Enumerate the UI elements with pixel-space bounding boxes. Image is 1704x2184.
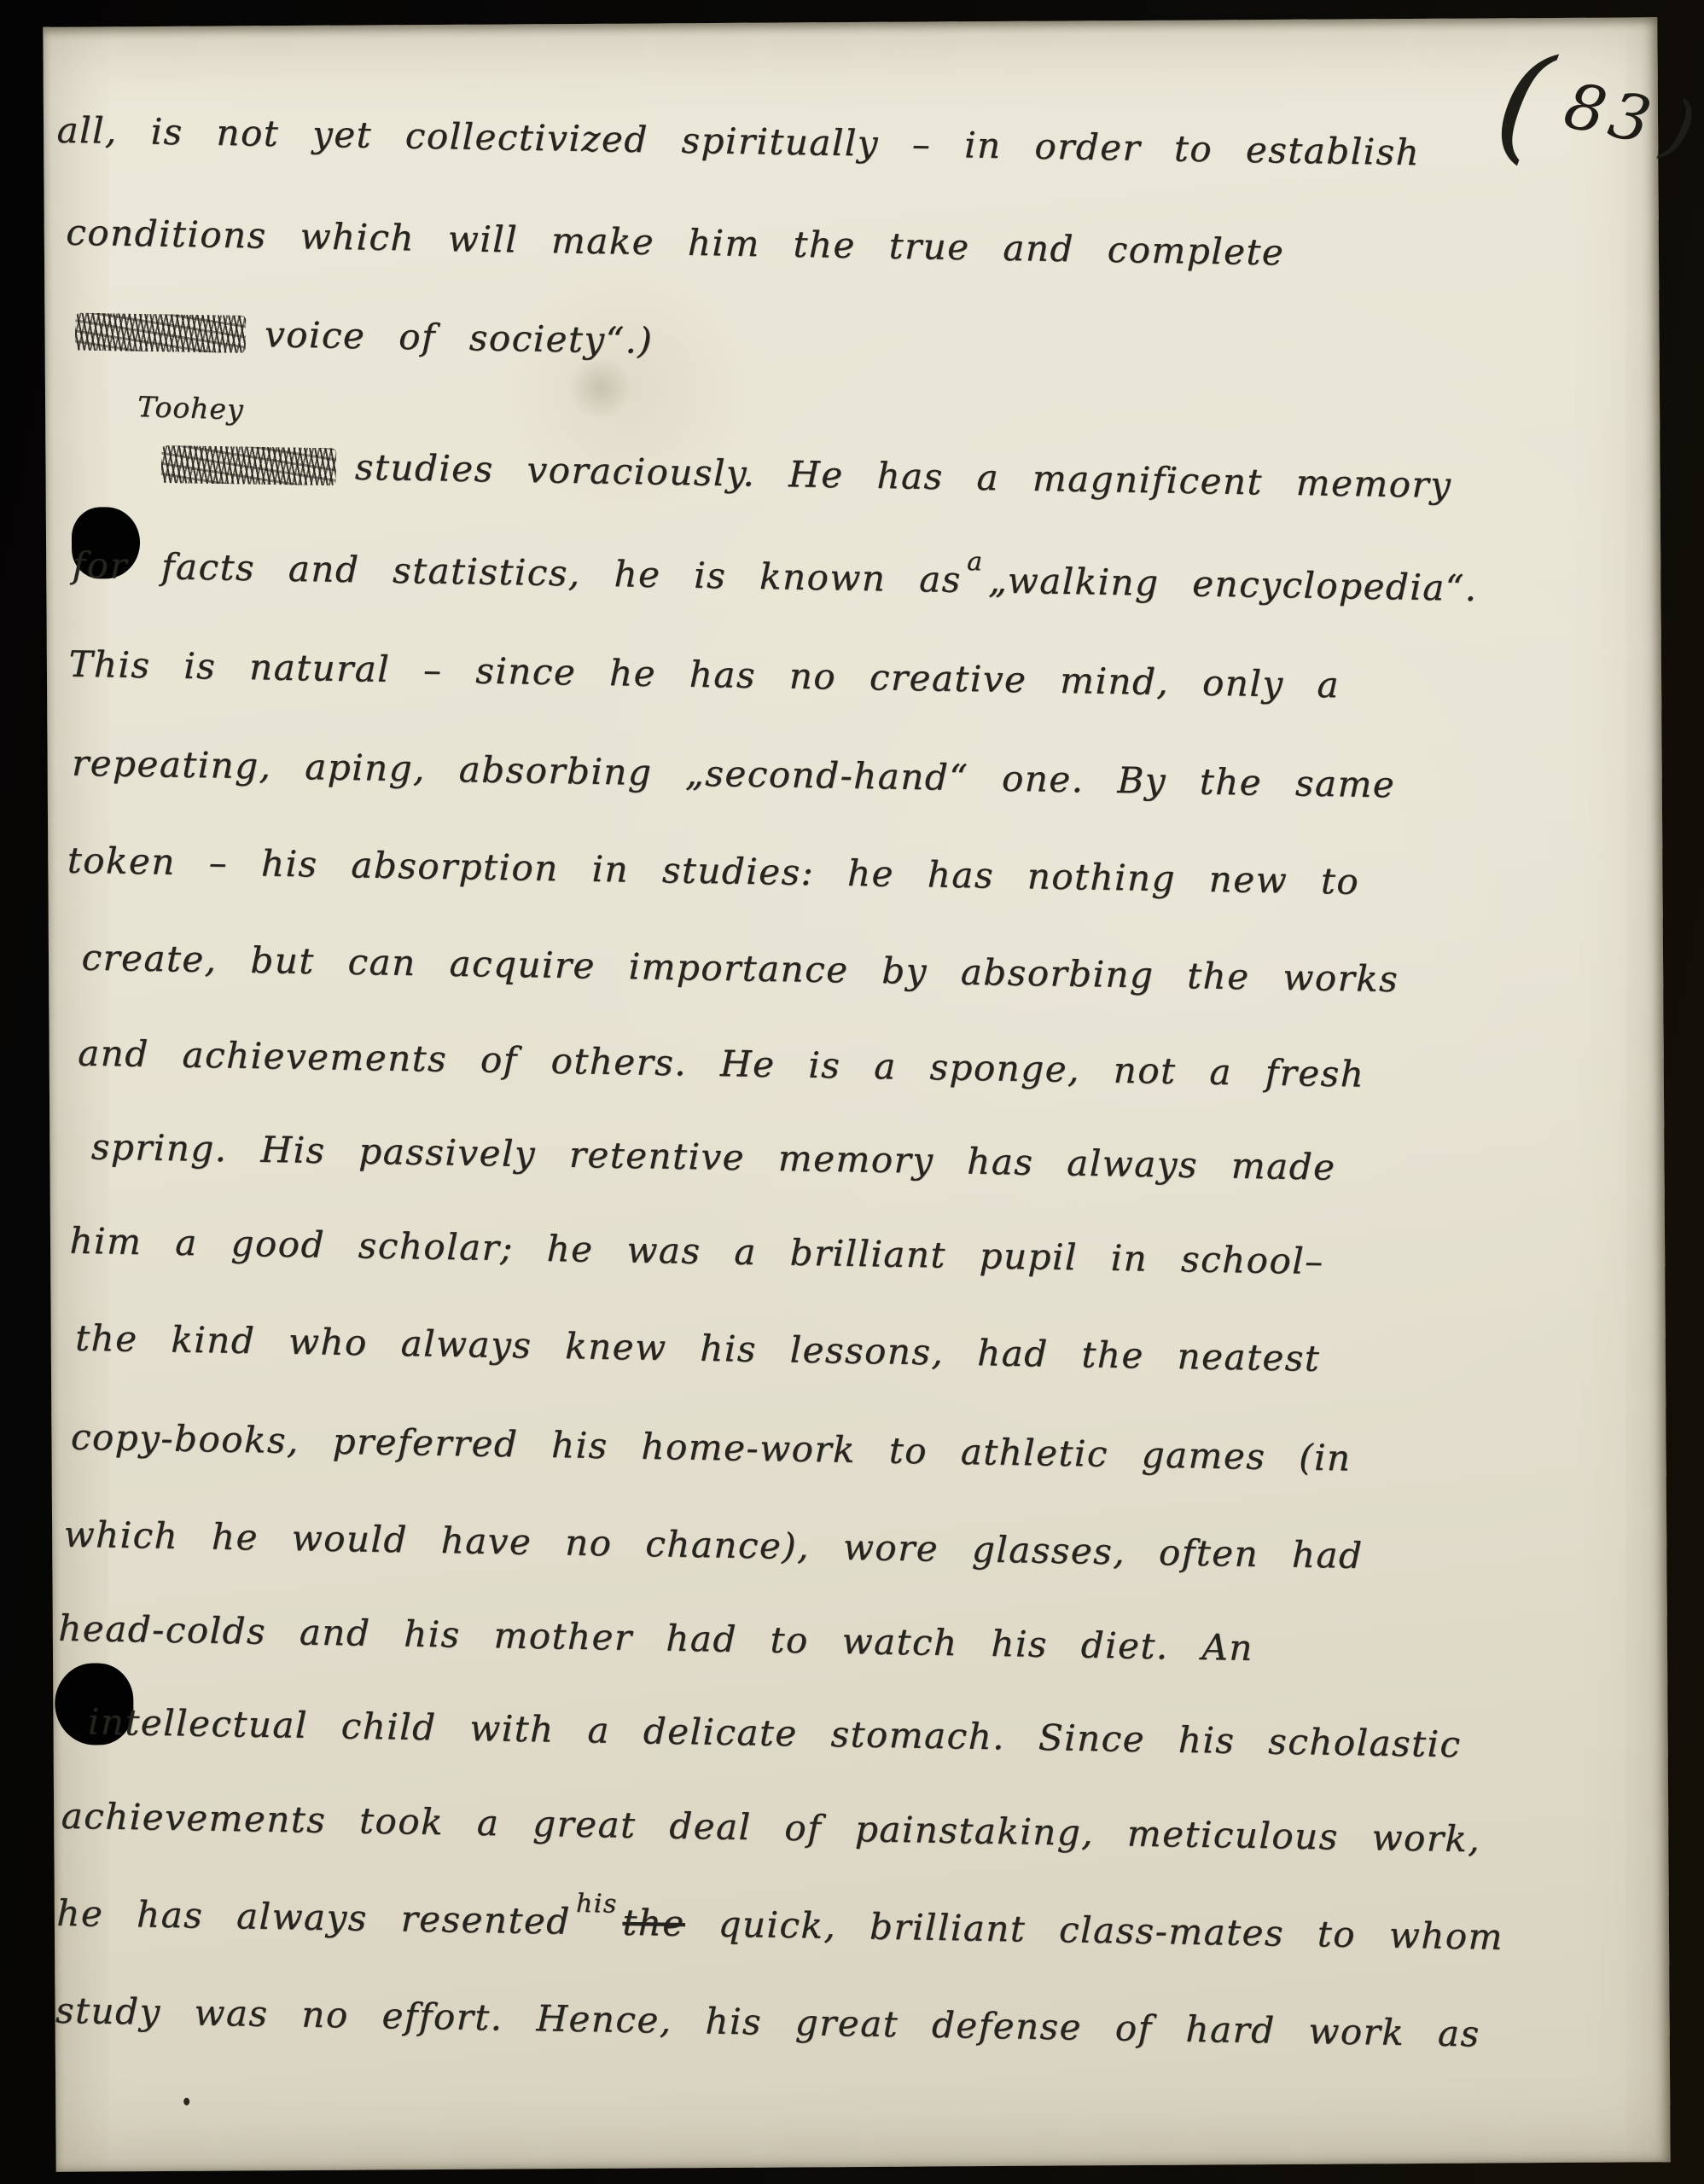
- line-text: head-colds and his mother had to watch h…: [58, 1607, 1253, 1669]
- line-text: achievements took a great deal of painst…: [61, 1795, 1480, 1861]
- line-text: quick, brilliant class-mates to whom: [718, 1903, 1503, 1958]
- scribbled-out-word: [161, 445, 337, 485]
- line-text: spring. His passively retentive memory h…: [91, 1125, 1336, 1188]
- paper-stain: [566, 358, 634, 418]
- line-text: This is natural – since he has no creati…: [68, 643, 1340, 706]
- handwritten-line: spring. His passively retentive memory h…: [91, 1125, 1336, 1188]
- line-text: voice of society“.): [265, 313, 654, 362]
- line-text: intellectual child with a delicate stoma…: [88, 1701, 1462, 1766]
- page-number-close-paren: ): [1656, 84, 1703, 171]
- line-text: and achievements of others. He is a spon…: [78, 1032, 1365, 1095]
- line-text: repeating, aping, absorbing „second-hand…: [72, 742, 1396, 806]
- line-text: „walking encyclopedia“.: [988, 559, 1478, 609]
- page-number-open-paren: (: [1486, 26, 1561, 180]
- page-number: ( 83 ): [1498, 32, 1703, 212]
- line-text: study was no effort. Hence, his great de…: [55, 1989, 1480, 2055]
- handwritten-line: token – his absorption in studies: he ha…: [67, 839, 1359, 903]
- handwritten-line: This is natural – since he has no creati…: [68, 643, 1340, 706]
- line-text: studies voraciously. He has a magnificen…: [355, 446, 1452, 506]
- line-text: he has always resented: [56, 1892, 571, 1943]
- handwritten-line: study was no effort. Hence, his great de…: [55, 1989, 1480, 2055]
- handwritten-line: which he would have no chance), wore gla…: [63, 1513, 1364, 1577]
- handwritten-line: for facts and statistics, he is known as…: [72, 544, 1478, 609]
- interlinear-insertion: his: [576, 1889, 618, 1920]
- interlinear-insertion: Toohey: [137, 390, 245, 427]
- handwritten-line: all, is not yet collectivized spirituall…: [56, 109, 1420, 173]
- interlinear-insertion: a: [967, 547, 984, 577]
- line-text: for facts and statistics, he is known as: [72, 544, 962, 601]
- handwritten-line: copy-books, preferred his home-work to a…: [71, 1416, 1352, 1479]
- line-text: conditions which will make him the true …: [66, 212, 1285, 274]
- photograph-backdrop: ( 83 ) all, is not yet collectivized spi…: [0, 0, 1704, 2184]
- handwritten-line: create, but can acquire importance by ab…: [81, 937, 1399, 1001]
- handwritten-line: he has always resentedhisthe quick, bril…: [56, 1892, 1503, 1958]
- handwritten-line: voice of society“.): [75, 311, 654, 362]
- line-text: all, is not yet collectivized spirituall…: [56, 109, 1420, 173]
- page-number-value: 83: [1558, 69, 1661, 160]
- handwritten-line: the kind who always knew his lessons, ha…: [75, 1317, 1321, 1380]
- handwritten-line: achievements took a great deal of painst…: [61, 1795, 1480, 1861]
- handwritten-line: studies voraciously. He has a magnificen…: [161, 443, 1452, 506]
- line-text: copy-books, preferred his home-work to a…: [71, 1416, 1352, 1479]
- manuscript-page: ( 83 ) all, is not yet collectivized spi…: [43, 17, 1670, 2172]
- line-text: the kind who always knew his lessons, ha…: [75, 1317, 1321, 1380]
- handwritten-line: intellectual child with a delicate stoma…: [88, 1701, 1462, 1766]
- handwritten-line: repeating, aping, absorbing „second-hand…: [72, 742, 1396, 806]
- line-text: which he would have no chance), wore gla…: [63, 1513, 1364, 1577]
- line-text: him a good scholar; he was a brilliant p…: [69, 1220, 1324, 1282]
- handwritten-line: conditions which will make him the true …: [66, 212, 1285, 274]
- line-text: token – his absorption in studies: he ha…: [67, 839, 1359, 903]
- struck-word: the: [622, 1902, 685, 1944]
- handwritten-line: head-colds and his mother had to watch h…: [58, 1607, 1253, 1669]
- line-text: create, but can acquire importance by ab…: [81, 937, 1399, 1001]
- handwritten-line: and achievements of others. He is a spon…: [78, 1032, 1365, 1095]
- ink-speck: [183, 2098, 189, 2106]
- handwritten-line: him a good scholar; he was a brilliant p…: [69, 1220, 1324, 1282]
- insertion-text: Toohey: [137, 390, 245, 427]
- scribbled-out-word: [75, 313, 247, 353]
